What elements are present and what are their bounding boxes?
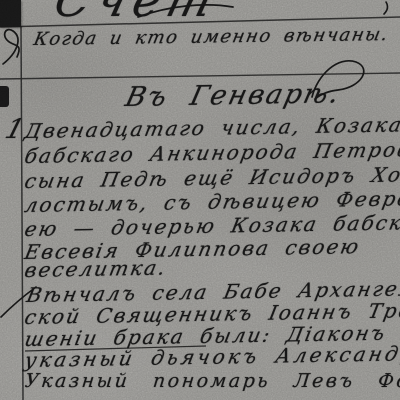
ink-flourishes bbox=[0, 0, 400, 400]
scan-artifact-corner bbox=[0, 0, 21, 27]
corner-tick-mark bbox=[384, 2, 387, 14]
paragraph-lead-stroke bbox=[1, 287, 36, 317]
margin-entry-flourish bbox=[3, 30, 19, 64]
top-flourish-stroke bbox=[138, 5, 233, 17]
witness-underline bbox=[25, 346, 206, 351]
scan-artifact-left-edge bbox=[0, 86, 9, 107]
month-flourish-loop bbox=[312, 61, 364, 99]
scanned-document-page: Счет Когда и кто именно вѣнчаны. Въ Генв… bbox=[0, 0, 400, 400]
